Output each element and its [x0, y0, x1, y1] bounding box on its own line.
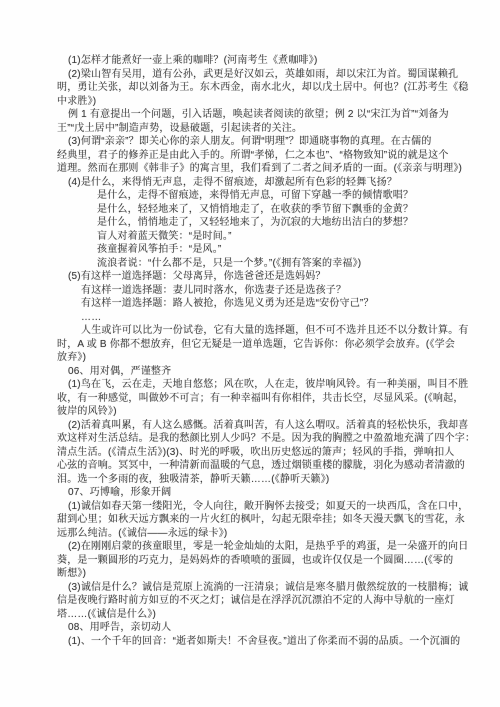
text-line: 明，勇让关张，却以刘备为王。东木西金，南水北火，却以戊土居中。何也？(江苏考生《… — [57, 81, 472, 95]
text-line: 塔……(《诚信是什么》) — [57, 608, 472, 622]
text-line: (3)诚信是什么？诚信是荒原上流淌的一汪清泉；诚信是寒冬腊月傲然绽放的一枝腊梅；… — [57, 581, 472, 595]
text-line: 孩童握着风筝拍手：“是风。” — [57, 243, 472, 257]
text-line: (3)何谓“亲亲”？即关心你的亲人朋友。何谓“明理”？即通晓事物的真理。在古儒的 — [57, 135, 472, 149]
text-line: 远那么纯洁。(《诚信——永远的绿卡》) — [57, 527, 472, 541]
text-line: 心弦的音响。冥冥中，一种清新而温暖的气息，透过烟锁重楼的朦胧，羽化为感动者清澈的 — [57, 459, 472, 473]
text-line: (1)诚信如春天第一缕阳光，令人向往，敞开胸怀去接受；如夏天的一块西瓜，含在口中… — [57, 500, 472, 514]
text-line: 有这样一道选择题：妻儿同时落水，你选妻子还是选孩子？ — [57, 284, 472, 298]
text-line: (2)梁山智有吴用，道有公孙，武更是好汉如云，英雄如雨，却以宋江为首。蜀国谋赖孔 — [57, 68, 472, 82]
text-line: 时，A 或 B 你都不想放弃，但它无疑是一道单选题，它告诉你：你必须学会放弃。(… — [57, 338, 472, 352]
text-line: (1)、一个千年的回音：“逝者如斯夫！不舍昼夜。”道出了你柔而不弱的品质。一个沉… — [57, 635, 472, 649]
text-line: 经典里，君子的修养正是由此入手的。所谓“孝悌，仁之本也”、“格物致知”说的就是这… — [57, 149, 472, 163]
text-line: 是什么，悄悄地走了，又轻轻地来了，为沉寂的大地纺出洁白的梦想？ — [57, 216, 472, 230]
text-line: 断想》) — [57, 567, 472, 581]
text-line: 放弃》) — [57, 351, 472, 365]
text-line: 有这样一道选择题：路人被抢，你选见义勇为还是选“安份守己”？ — [57, 297, 472, 311]
document-body: (1)怎样才能煮好一壶上乘的咖啡？(河南考生《煮咖啡》)(2)梁山智有吴用，道有… — [57, 54, 472, 648]
text-line: 06、用对偶，严谨整齐 — [57, 365, 472, 379]
text-line: 07、巧博喻，形象开阔 — [57, 486, 472, 500]
text-line: (5)有这样一道选择题：父母离异，你选爸爸还是选妈妈？ — [57, 270, 472, 284]
text-line: (2)在刚刚启蒙的孩童眼里，零是一轮金灿灿的太阳，是热乎乎的鸡蛋，是一朵盛开的向… — [57, 540, 472, 554]
text-line: 盲人对着蓝天微笑：“是时间。” — [57, 230, 472, 244]
text-line: 流浪者说：“什么都不是，只是一个梦。”(《拥有答案的幸福》) — [57, 257, 472, 271]
text-line: 信是夜晚行路时前方如豆的不灭之灯；诚信是在浮浮沉沉漂泊不定的人海中导航的一座灯 — [57, 594, 472, 608]
text-line: 收，有一种感觉，叫做妙不可言；有一种幸福叫有你相伴，共击长空，尽显风采。(《响起… — [57, 392, 472, 406]
text-line: 葵，是一颗圆形的巧克力，是妈妈炸的香喷喷的蛋圆，也或许仅仅是一个圆圈……(《零的 — [57, 554, 472, 568]
text-line: (1)鸟在飞，云在走，天地自悠悠；风在吹，人在走，彼岸响风铃。有一种美丽，叫目不… — [57, 378, 472, 392]
text-line: 08、用呼告，亲切动人 — [57, 621, 472, 635]
text-line: 彼岸的风铃》) — [57, 405, 472, 419]
text-line: 甜到心里；如秋天远方飘来的一片火红的枫叶，勾起无限牵挂；如冬天漫天飘飞的雪花，永 — [57, 513, 472, 527]
text-line: 清点生活。(《清点生活》)(3)、时光的呼吸，吹出历史悠远的箫声；轻风的手指，弹… — [57, 446, 472, 460]
text-line: 王”“戊土居中”制造声势，设悬破题，引起读者的关注。 — [57, 122, 472, 136]
text-line: 中求胜》) — [57, 95, 472, 109]
text-line: 人生或许可以比为一份试卷，它有大量的选择题，但不可不选并且还不以分数计算。有 — [57, 324, 472, 338]
text-line: 例 1 有意提出一个问题，引入话题，唤起读者阅读的欲望；例 2 以“宋江为首”“… — [57, 108, 472, 122]
text-line: 欢这样对生活总结。是我的愁颜比别人少吗？不是。因为我的胸膛之中盈盈地充满了四个字… — [57, 432, 472, 446]
text-line: 是什么，走得不留痕迹，来得悄无声息，可留下穿越一季的倾情歌唱？ — [57, 189, 472, 203]
text-line: 是什么，轻轻地来了，又悄悄地走了，在收获的季节留下飘垂的金黄？ — [57, 203, 472, 217]
text-line: (2)活着真叫累，有人这么感慨。活着真叫苦，有人这么喟叹。活着真的轻松快乐，我却… — [57, 419, 472, 433]
text-line: (4)是什么，来得悄无声息，走得不留痕迹，却激起所有色彩的轻舞飞扬？ — [57, 176, 472, 190]
text-line: 泪。选一个多雨的夜，独吸清茶，静听天籁……(《静听天籁》) — [57, 473, 472, 487]
document-page: (1)怎样才能煮好一壶上乘的咖啡？(河南考生《煮咖啡》)(2)梁山智有吴用，道有… — [0, 0, 500, 707]
text-line: 道理。然而在那则《韩非子》的寓言里，我们看到了二者之间矛盾的一面。(《亲亲与明理… — [57, 162, 472, 176]
text-line: …… — [57, 311, 472, 325]
text-line: (1)怎样才能煮好一壶上乘的咖啡？(河南考生《煮咖啡》) — [57, 54, 472, 68]
